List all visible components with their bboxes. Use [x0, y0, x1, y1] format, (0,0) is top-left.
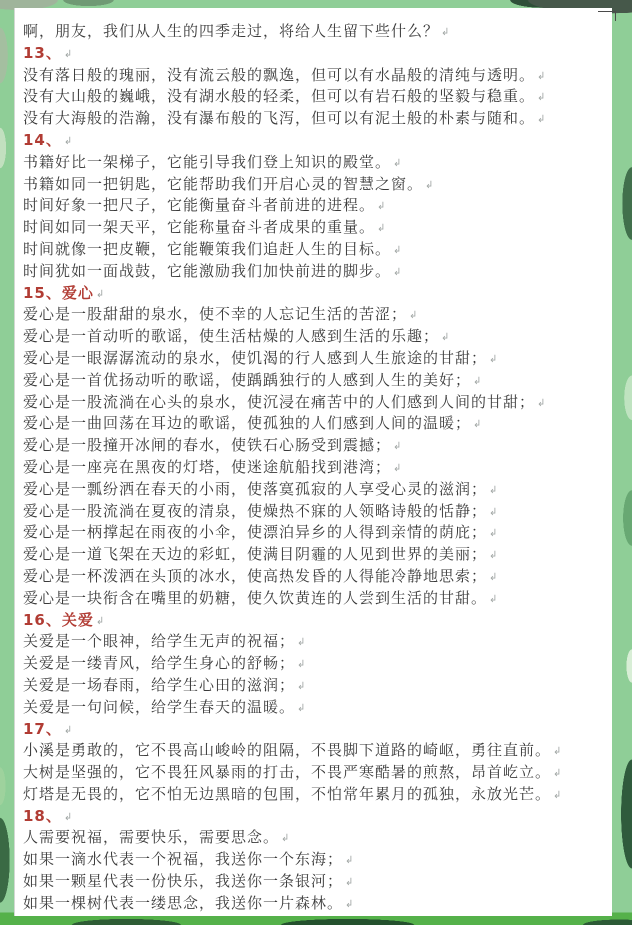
text-line: 啊，朋友，我们从人生的四季走过，将给人生留下些什么？↲ — [23, 21, 608, 43]
text-line: 爱心是一股甜甜的泉水，使不幸的人忘记生活的苦涩；↲ — [23, 304, 608, 326]
line-text: 爱心是一块衔含在嘴里的奶糖，使久饮黄连的人尝到生活的甘甜。 — [23, 589, 487, 607]
paragraph-mark-icon: ↲ — [473, 419, 481, 430]
paragraph-mark-icon: ↲ — [425, 180, 433, 191]
line-text: 15、爱心 — [23, 284, 94, 302]
paragraph-mark-icon: ↲ — [96, 289, 104, 300]
document-body: 啊，朋友，我们从人生的四季走过，将给人生留下些什么？↲13、↲没有落日般的瑰丽，… — [23, 21, 608, 916]
paragraph-mark-icon: ↲ — [297, 637, 305, 648]
text-line: 书籍如同一把钥匙，它能帮助我们开启心灵的智慧之窗。↲ — [23, 174, 608, 196]
page-corner-mark — [598, 11, 616, 21]
text-line: 爱心是一首优扬动听的歌谣，使踽踽独行的人感到人生的美好；↲ — [23, 370, 608, 392]
line-text: 16、关爱 — [23, 611, 94, 629]
text-line: 小溪是勇敢的，它不畏高山峻岭的阻隔，不畏脚下道路的崎岖，勇往直前。↲ — [23, 740, 608, 762]
section-heading: 16、关爱↲ — [23, 610, 608, 632]
line-text: 爱心是一座亮在黑夜的灯塔，使迷途航船找到港湾； — [23, 458, 391, 476]
text-line: 关爱是一个眼神，给学生无声的祝福；↲ — [23, 631, 608, 653]
text-line: 关爱是一句问候，给学生春天的温暖。↲ — [23, 697, 608, 719]
line-text: 啊，朋友，我们从人生的四季走过，将给人生留下些什么？ — [23, 22, 439, 40]
paragraph-mark-icon: ↲ — [553, 746, 561, 757]
paragraph-mark-icon: ↲ — [345, 877, 353, 888]
paragraph-mark-icon: ↲ — [345, 899, 353, 910]
paragraph-mark-icon: ↲ — [393, 158, 401, 169]
paragraph-mark-icon: ↲ — [489, 528, 497, 539]
paragraph-mark-icon: ↲ — [64, 136, 72, 147]
text-line: 时间就像一把皮鞭，它能鞭策我们追赶人生的目标。↲ — [23, 239, 608, 261]
paragraph-mark-icon: ↲ — [64, 49, 72, 60]
paragraph-mark-icon: ↲ — [441, 27, 449, 38]
line-text: 爱心是一道飞架在天边的彩虹，使满目阴霾的人见到世界的美丽； — [23, 545, 487, 563]
line-text: 没有大山般的巍峨，没有湖水般的轻柔，但可以有岩石般的坚毅与稳重。 — [23, 87, 535, 105]
paragraph-mark-icon: ↲ — [393, 441, 401, 452]
paragraph-mark-icon: ↲ — [489, 485, 497, 496]
paragraph-mark-icon: ↲ — [489, 507, 497, 518]
text-line: 爱心是一股流淌在心头的泉水，使沉浸在痛苦中的人们感到人间的甘甜；↲ — [23, 392, 608, 414]
text-line: 爱心是一块衔含在嘴里的奶糖，使久饮黄连的人尝到生活的甘甜。↲ — [23, 588, 608, 610]
paragraph-mark-icon: ↲ — [537, 92, 545, 103]
document-page: 啊，朋友，我们从人生的四季走过，将给人生留下些什么？↲13、↲没有落日般的瑰丽，… — [14, 8, 612, 916]
line-text: 爱心是一瓢纷洒在春天的小雨，使落寞孤寂的人享受心灵的滋润； — [23, 480, 487, 498]
text-line: 人需要祝福，需要快乐，需要思念。↲ — [23, 827, 608, 849]
line-text: 关爱是一场春雨，给学生心田的滋润； — [23, 676, 295, 694]
text-line: 爱心是一股撞开冰闸的春水，使铁石心肠受到震撼；↲ — [23, 435, 608, 457]
paragraph-mark-icon: ↲ — [377, 223, 385, 234]
line-text: 13、 — [23, 44, 62, 62]
line-text: 爱心是一股甜甜的泉水，使不幸的人忘记生活的苦涩； — [23, 305, 407, 323]
line-text: 大树是坚强的，它不畏狂风暴雨的打击，不畏严寒酷暑的煎熬，昂首屹立。 — [23, 763, 551, 781]
text-line: 时间犹如一面战鼓，它能激励我们加快前进的脚步。↲ — [23, 261, 608, 283]
line-text: 时间好象一把尺子，它能衡量奋斗者前进的进程。 — [23, 196, 375, 214]
paragraph-mark-icon: ↲ — [537, 114, 545, 125]
line-text: 爱心是一柄撑起在雨夜的小伞，使漂泊异乡的人得到亲情的荫庇； — [23, 523, 487, 541]
text-line: 没有大山般的巍峨，没有湖水般的轻柔，但可以有岩石般的坚毅与稳重。↲ — [23, 86, 608, 108]
paragraph-mark-icon: ↲ — [441, 332, 449, 343]
text-line: 爱心是一座亮在黑夜的灯塔，使迷途航船找到港湾；↲ — [23, 457, 608, 479]
paragraph-mark-icon: ↲ — [297, 659, 305, 670]
line-text: 爱心是一首优扬动听的歌谣，使踽踽独行的人感到人生的美好； — [23, 371, 471, 389]
line-text: 关爱是一句问候，给学生春天的温暖。 — [23, 698, 295, 716]
paragraph-mark-icon: ↲ — [64, 812, 72, 823]
text-line: 没有落日般的瑰丽，没有流云般的飘逸，但可以有水晶般的清纯与透明。↲ — [23, 65, 608, 87]
text-line: 如果一滴水代表一个祝福，我送你一个东海；↲ — [23, 849, 608, 871]
line-text: 爱心是一股撞开冰闸的春水，使铁石心肠受到震撼； — [23, 436, 391, 454]
paragraph-mark-icon: ↲ — [64, 725, 72, 736]
text-line: 时间如同一架天平，它能称量奋斗者成果的重量。↲ — [23, 217, 608, 239]
text-line: 爱心是一道飞架在天边的彩虹，使满目阴霾的人见到世界的美丽；↲ — [23, 544, 608, 566]
line-text: 18、 — [23, 807, 62, 825]
paragraph-mark-icon: ↲ — [489, 594, 497, 605]
text-line: 爱心是一杯泼洒在头顶的冰水，使高热发昏的人得能冷静地思索；↲ — [23, 566, 608, 588]
line-text: 14、 — [23, 131, 62, 149]
section-heading: 15、爱心↲ — [23, 283, 608, 305]
paragraph-mark-icon: ↲ — [393, 245, 401, 256]
text-line: 如果一棵树代表一缕思念，我送你一片森林。↲ — [23, 893, 608, 915]
paragraph-mark-icon: ↲ — [553, 790, 561, 801]
line-text: 爱心是一股流淌在夏夜的清泉，使燥热不寐的人领略诗般的恬静； — [23, 502, 487, 520]
section-heading: 17、↲ — [23, 719, 608, 741]
text-line: 爱心是一曲回荡在耳边的歌谣，使孤独的人们感到人间的温暖；↲ — [23, 413, 608, 435]
line-text: 人需要祝福，需要快乐，需要思念。 — [23, 828, 279, 846]
text-line: 爱心是一瓢纷洒在春天的小雨，使落寞孤寂的人享受心灵的滋润；↲ — [23, 479, 608, 501]
section-heading: 13、↲ — [23, 43, 608, 65]
line-text: 书籍好比一架梯子，它能引导我们登上知识的殿堂。 — [23, 153, 391, 171]
line-text: 爱心是一杯泼洒在头顶的冰水，使高热发昏的人得能冷静地思索； — [23, 567, 487, 585]
paragraph-mark-icon: ↲ — [489, 550, 497, 561]
line-text: 没有落日般的瑰丽，没有流云般的飘逸，但可以有水晶般的清纯与透明。 — [23, 66, 535, 84]
text-line: 如果一颗星代表一份快乐，我送你一条银河；↲ — [23, 871, 608, 893]
line-text: 时间就像一把皮鞭，它能鞭策我们追赶人生的目标。 — [23, 240, 391, 258]
line-text: 时间如同一架天平，它能称量奋斗者成果的重量。 — [23, 218, 375, 236]
paragraph-mark-icon: ↲ — [537, 71, 545, 82]
text-line: 书籍好比一架梯子，它能引导我们登上知识的殿堂。↲ — [23, 152, 608, 174]
text-line: 时间好象一把尺子，它能衡量奋斗者前进的进程。↲ — [23, 195, 608, 217]
text-line: 大树是坚强的，它不畏狂风暴雨的打击，不畏严寒酷暑的煎熬，昂首屹立。↲ — [23, 762, 608, 784]
paragraph-mark-icon: ↲ — [297, 703, 305, 714]
paragraph-mark-icon: ↲ — [377, 201, 385, 212]
paragraph-mark-icon: ↲ — [553, 768, 561, 779]
text-line: 灯塔是无畏的，它不怕无边黑暗的包围，不怕常年累月的孤独，永放光芒。↲ — [23, 784, 608, 806]
line-text: 17、 — [23, 720, 62, 738]
line-text: 时间犹如一面战鼓，它能激励我们加快前进的脚步。 — [23, 262, 391, 280]
text-line: 关爱是一缕青风，给学生身心的舒畅；↲ — [23, 653, 608, 675]
line-text: 关爱是一个眼神，给学生无声的祝福； — [23, 632, 295, 650]
line-text: 书籍如同一把钥匙，它能帮助我们开启心灵的智慧之窗。 — [23, 175, 423, 193]
text-line: 没有大海般的浩瀚，没有瀑布般的飞泻，但可以有泥土般的朴素与随和。↲ — [23, 108, 608, 130]
line-text: 爱心是一首动听的歌谣，使生活枯燥的人感到生活的乐趣； — [23, 327, 439, 345]
paragraph-mark-icon: ↲ — [537, 398, 545, 409]
text-line: 关爱是一场春雨，给学生心田的滋润；↲ — [23, 675, 608, 697]
paragraph-mark-icon: ↲ — [489, 354, 497, 365]
paragraph-mark-icon: ↲ — [297, 681, 305, 692]
line-text: 灯塔是无畏的，它不怕无边黑暗的包围，不怕常年累月的孤独，永放光芒。 — [23, 785, 551, 803]
line-text: 小溪是勇敢的，它不畏高山峻岭的阻隔，不畏脚下道路的崎岖，勇往直前。 — [23, 741, 551, 759]
paragraph-mark-icon: ↲ — [281, 833, 289, 844]
paragraph-mark-icon: ↲ — [409, 310, 417, 321]
paragraph-mark-icon: ↲ — [96, 616, 104, 627]
section-heading: 18、↲ — [23, 806, 608, 828]
paragraph-mark-icon: ↲ — [393, 267, 401, 278]
line-text: 没有大海般的浩瀚，没有瀑布般的飞泻，但可以有泥土般的朴素与随和。 — [23, 109, 535, 127]
text-line: 爱心是一柄撑起在雨夜的小伞，使漂泊异乡的人得到亲情的荫庇；↲ — [23, 522, 608, 544]
text-line: 爱心是一眼潺潺流动的泉水，使饥渴的行人感到人生旅途的甘甜；↲ — [23, 348, 608, 370]
line-text: 如果一棵树代表一缕思念，我送你一片森林。 — [23, 894, 343, 912]
line-text: 爱心是一股流淌在心头的泉水，使沉浸在痛苦中的人们感到人间的甘甜； — [23, 393, 535, 411]
paragraph-mark-icon: ↲ — [473, 376, 481, 387]
section-heading: 14、↲ — [23, 130, 608, 152]
paragraph-mark-icon: ↲ — [393, 463, 401, 474]
text-line: 爱心是一股流淌在夏夜的清泉，使燥热不寐的人领略诗般的恬静；↲ — [23, 501, 608, 523]
paragraph-mark-icon: ↲ — [345, 855, 353, 866]
line-text: 如果一滴水代表一个祝福，我送你一个东海； — [23, 850, 343, 868]
line-text: 爱心是一曲回荡在耳边的歌谣，使孤独的人们感到人间的温暖； — [23, 414, 471, 432]
line-text: 如果一颗星代表一份快乐，我送你一条银河； — [23, 872, 343, 890]
paragraph-mark-icon: ↲ — [489, 572, 497, 583]
line-text: 爱心是一眼潺潺流动的泉水，使饥渴的行人感到人生旅途的甘甜； — [23, 349, 487, 367]
line-text: 关爱是一缕青风，给学生身心的舒畅； — [23, 654, 295, 672]
text-line: 爱心是一首动听的歌谣，使生活枯燥的人感到生活的乐趣；↲ — [23, 326, 608, 348]
